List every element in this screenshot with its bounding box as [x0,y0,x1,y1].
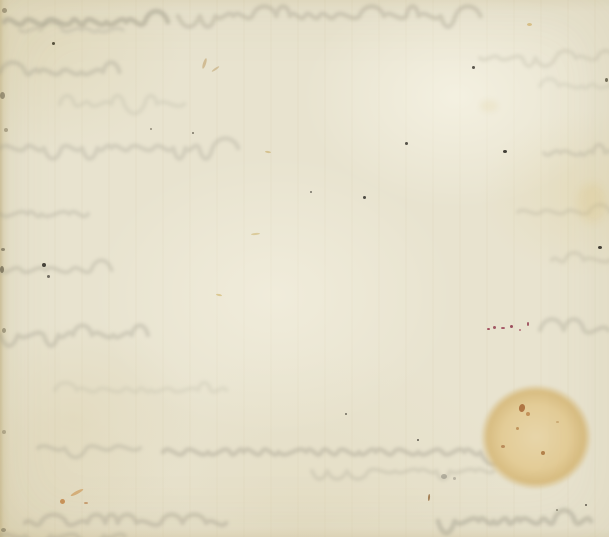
red-ink-dot [501,327,505,329]
orange-fiber-mark [70,488,84,497]
dark-fleck [310,191,312,193]
gray-blot [441,474,447,479]
fiber [428,494,431,501]
red-ink-dot [487,328,490,330]
dark-fleck [598,246,602,249]
dark-fleck [417,439,419,441]
edge-mark [1,248,5,251]
dark-fleck [192,132,194,134]
dark-fleck [503,150,507,153]
dark-fleck [52,42,55,45]
orange-fiber-mark [60,499,65,504]
manuscript-page [0,0,609,537]
stain-fleck [518,403,526,412]
orange-fiber-mark [84,502,88,504]
stain-fleck [556,421,559,423]
red-ink-dot [510,325,513,328]
red-ink-dot [519,329,521,331]
edge-mark [2,430,6,434]
red-ink-dot [493,326,496,329]
fiber [201,58,207,69]
dark-fleck [556,509,558,511]
dark-fleck [363,196,366,199]
fiber [251,233,260,236]
dark-fleck [585,504,587,506]
stain-fleck [526,412,530,416]
edge-mark [2,8,7,13]
red-ink-dot [527,322,529,326]
dark-fleck [150,128,152,130]
dark-fleck [405,142,408,145]
yellow-patch [577,183,607,223]
fiber [265,151,271,154]
dark-fleck [472,66,475,69]
edge-mark [0,92,5,99]
fiber [211,66,220,73]
yellow-patch [480,100,498,112]
edge-mark [4,128,8,132]
stain-fleck [541,451,545,455]
stain-fleck [501,445,505,448]
fiber [216,293,222,296]
dark-fleck [345,413,347,415]
edge-mark [0,266,4,273]
edge-mark [1,528,6,532]
fiber [527,23,532,26]
gray-blot [453,477,456,480]
dark-fleck [42,263,46,267]
specks-layer [0,0,609,537]
edge-mark [2,328,6,333]
dark-fleck [605,78,608,82]
stain-fleck [516,427,519,430]
dark-fleck [47,275,50,278]
